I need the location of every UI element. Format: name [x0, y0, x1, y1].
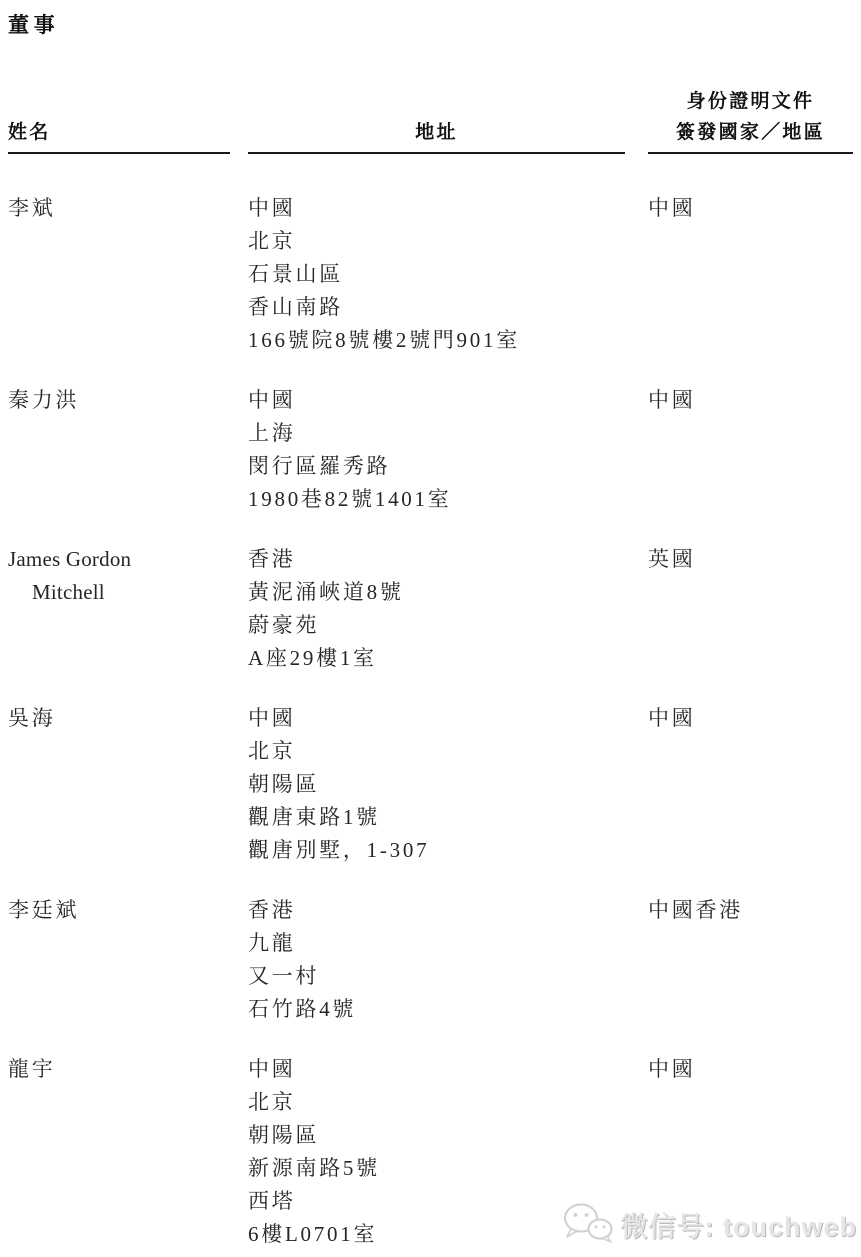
table-header-address: 地址 [248, 117, 625, 154]
address-line: 黃泥涌峽道8號 [248, 576, 625, 609]
director-id-country: 中國 [648, 702, 853, 735]
country-label: 中國 [648, 702, 853, 735]
address-line: 蔚豪苑 [248, 609, 625, 642]
watermark-label: 微信号: touchweb [621, 1205, 858, 1244]
director-address: 香港 黃泥涌峽道8號 蔚豪苑 A座29樓1室 [248, 543, 625, 675]
watermark: 微信号: touchweb [561, 1201, 858, 1247]
director-name-line: Mitchell [8, 576, 230, 609]
address-line: 石景山區 [248, 258, 625, 291]
address-line: 又一村 [248, 960, 625, 993]
address-line: 九龍 [248, 927, 625, 960]
director-name-line: 吳海 [8, 702, 230, 735]
table-row: 秦力洪 中國 上海 閔行區羅秀路 1980巷82號1401室 中國 [8, 384, 853, 516]
address-line: 1980巷82號1401室 [248, 483, 625, 516]
director-name-line: 李廷斌 [8, 894, 230, 927]
director-name-line: 秦力洪 [8, 384, 230, 417]
address-line: 上海 [248, 417, 625, 450]
table-header-name: 姓名 [8, 117, 230, 154]
director-address: 中國 北京 石景山區 香山南路 166號院8號樓2號門901室 [248, 192, 625, 357]
prospectus-page: 董事 姓名 地址 身份證明文件 簽發國家／地區 李斌 中國 北京 石景山區 香山… [0, 0, 861, 1257]
director-name-line: 龍宇 [8, 1053, 230, 1086]
address-line: 中國 [248, 702, 625, 735]
director-id-country: 中國香港 [648, 894, 853, 927]
address-line: 中國 [248, 1053, 625, 1086]
table-header-id-document: 身份證明文件 簽發國家／地區 [648, 86, 853, 154]
director-address: 香港 九龍 又一村 石竹路4號 [248, 894, 625, 1026]
country-label: 中國香港 [648, 894, 853, 927]
table-body: 李斌 中國 北京 石景山區 香山南路 166號院8號樓2號門901室 中國 秦力… [8, 192, 853, 1251]
country-label: 中國 [648, 384, 853, 417]
table-row: 吳海 中國 北京 朝陽區 觀唐東路1號 觀唐別墅，1-307 中國 [8, 702, 853, 867]
director-address: 中國 北京 朝陽區 觀唐東路1號 觀唐別墅，1-307 [248, 702, 625, 867]
director-name: 秦力洪 [8, 384, 230, 417]
country-label: 中國 [648, 1053, 853, 1086]
address-line: 北京 [248, 735, 625, 768]
address-line: 中國 [248, 192, 625, 225]
address-line: 朝陽區 [248, 768, 625, 801]
address-line: 觀唐東路1號 [248, 801, 625, 834]
wechat-icon [561, 1201, 615, 1247]
director-id-country: 英國 [648, 543, 853, 576]
address-line: 閔行區羅秀路 [248, 450, 625, 483]
address-line: 觀唐別墅，1-307 [248, 834, 625, 867]
director-id-country: 中國 [648, 384, 853, 417]
table-header-id-document-line2: 簽發國家／地區 [648, 117, 853, 148]
page-title: 董事 [8, 14, 861, 38]
address-line: 北京 [248, 1086, 625, 1119]
address-line: 香港 [248, 894, 625, 927]
table-row: 李斌 中國 北京 石景山區 香山南路 166號院8號樓2號門901室 中國 [8, 192, 853, 357]
director-id-country: 中國 [648, 1053, 853, 1086]
director-name: 吳海 [8, 702, 230, 735]
country-label: 英國 [648, 543, 853, 576]
address-line: 石竹路4號 [248, 993, 625, 1026]
address-line: 香港 [248, 543, 625, 576]
director-address: 中國 上海 閔行區羅秀路 1980巷82號1401室 [248, 384, 625, 516]
director-name: 李斌 [8, 192, 230, 225]
address-line: 香山南路 [248, 291, 625, 324]
director-id-country: 中國 [648, 192, 853, 225]
address-line: 新源南路5號 [248, 1152, 625, 1185]
address-line: 朝陽區 [248, 1119, 625, 1152]
director-name: 李廷斌 [8, 894, 230, 927]
table-row: 李廷斌 香港 九龍 又一村 石竹路4號 中國香港 [8, 894, 853, 1026]
director-name: 龍宇 [8, 1053, 230, 1086]
table-header-id-document-line1: 身份證明文件 [648, 86, 853, 117]
director-name: James Gordon Mitchell [8, 543, 230, 609]
table-header-row: 姓名 地址 身份證明文件 簽發國家／地區 [8, 86, 853, 154]
address-line: 166號院8號樓2號門901室 [248, 324, 625, 357]
country-label: 中國 [648, 192, 853, 225]
table-row: James Gordon Mitchell 香港 黃泥涌峽道8號 蔚豪苑 A座2… [8, 543, 853, 675]
director-name-line: 李斌 [8, 192, 230, 225]
address-line: A座29樓1室 [248, 642, 625, 675]
address-line: 北京 [248, 225, 625, 258]
address-line: 中國 [248, 384, 625, 417]
director-name-line: James Gordon [8, 543, 230, 576]
